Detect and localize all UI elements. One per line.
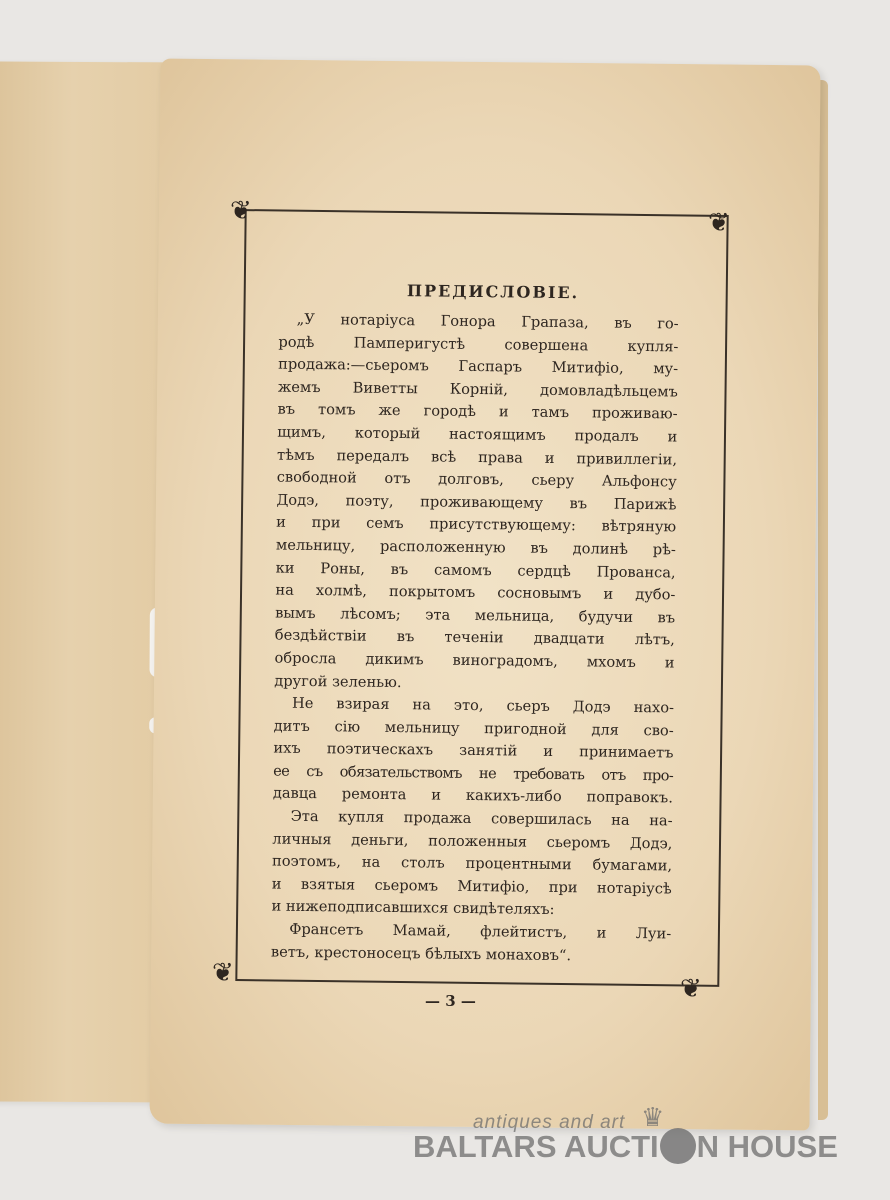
corner-ornament-icon: ❦ [212, 960, 234, 986]
corner-ornament-icon: ❦ [230, 198, 252, 224]
page-number: — 3 — [425, 992, 476, 1010]
page-edge [818, 80, 828, 1120]
paragraph-2: Не взирая на это, сьеръ Додэ нахо- дитъ … [273, 693, 674, 811]
watermark-name: BALTARS AUCTIN HOUSE [413, 1128, 838, 1165]
corner-ornament-icon: ❦ [708, 210, 730, 236]
paragraph-1: „У нотаріуса Гонора Грапаза, въ го- родѣ… [274, 309, 679, 698]
page-title: ПРЕДИСЛОВІЕ. [307, 280, 679, 304]
watermark-name-part: N HOUSE [697, 1129, 838, 1164]
globe-icon [660, 1128, 696, 1164]
paragraph-4: Франсетъ Мамай, флейтистъ, и Луи- ветъ, … [271, 919, 672, 969]
preface-text: ПРЕДИСЛОВІЕ. „У нотаріуса Гонора Грапаза… [271, 280, 679, 969]
corner-ornament-icon: ❦ [680, 976, 702, 1002]
paragraph-3: Эта купля продажа совершилась на на- лич… [271, 806, 672, 924]
watermark-name-part: BALTARS AUCTI [413, 1129, 659, 1164]
